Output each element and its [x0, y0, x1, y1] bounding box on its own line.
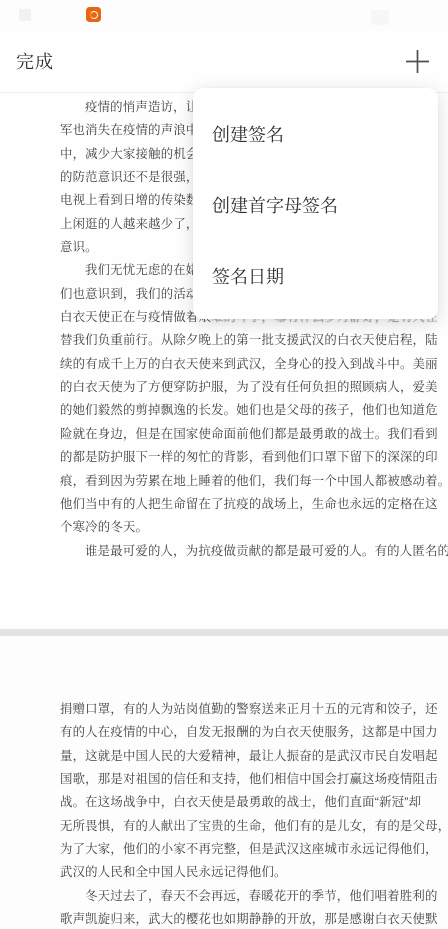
- done-button[interactable]: 完成: [16, 48, 54, 74]
- document-line: 的她们毅然的剪掉飘逸的长发。她们也是父母的孩子，他们也知道危: [60, 399, 438, 422]
- document-line: 个寒冷的冬天。: [60, 516, 438, 539]
- document-line: 有的人在疫情的中心，自发无报酬的为白衣天使服务，这都是中国力: [60, 721, 438, 744]
- document-line: 谁是最可爱的人，为抗疫做贡献的都是最可爱的人。有的人匿名的: [60, 540, 438, 563]
- document-line: 无所畏惧，有的人献出了宝贵的生命，他们有的是儿女，有的是父母，: [60, 815, 438, 838]
- document-line: 的白衣天使为了方便穿防护服，为了没有任何负担的照顾病人，爱美: [60, 376, 438, 399]
- document-line: 战。在这场战争中，白衣天使是最勇敢的战士，他们直面“新冠”却: [60, 791, 438, 814]
- document-line: 武汉的人民和全中国人民永远记得他们。: [60, 861, 438, 884]
- document-line: 痕，看到因为劳累在地上睡着的他们，我们每一个中国人都被感动着。: [60, 470, 438, 493]
- document-line: 捐赠口罩，有的人为站岗值勤的警察送来正月十五的元宵和饺子，还: [60, 698, 438, 721]
- document-line: 冬天过去了，春天不会再远，春暖花开的季节，他们唱着胜利的: [60, 885, 438, 908]
- document-line: 国歌，那是对祖国的信任和支持，他们相信中国会打赢这场疫情阻击: [60, 768, 438, 791]
- battery-icon: [371, 10, 389, 25]
- document-line: 他们当中有的人把生命留在了抗疫的战场上，生命也永远的定格在这: [60, 493, 438, 516]
- document-line: 续的有成千上万的白衣天使来到武汉，全身心的投入到战斗中。美丽: [60, 353, 438, 376]
- document-page-2: 捐赠口罩，有的人为站岗值勤的警察送来正月十五的元宵和饺子，还 有的人在疫情的中心…: [0, 636, 448, 929]
- toolbar: 完成: [0, 30, 448, 92]
- document-line: 为了大家，他们的小家不再完整，但是武汉这座城市永远记得他们，: [60, 838, 438, 861]
- menu-item-create-signature[interactable]: 创建签名: [193, 98, 438, 169]
- document-line: 量，这就是中国人民的大爱精神，最让人振奋的是武汉市民自发唱起: [60, 745, 438, 768]
- menu-item-signature-date[interactable]: 签名日期: [193, 240, 438, 311]
- page-break-divider: [0, 629, 448, 636]
- plus-icon: [404, 48, 431, 75]
- document-line: 的都是防护服下一样的匆忙的背影，看到他们口罩下留下的深深的印: [60, 446, 438, 469]
- menu-item-create-initials-signature[interactable]: 创建首字母签名: [193, 169, 438, 240]
- notification-icon: [19, 9, 31, 21]
- signature-dropdown-menu: 创建签名 创建首字母签名 签名日期: [193, 88, 438, 319]
- app-screen: 完成 疫情的悄声造访，让更 军也消失在疫情的声浪中。 中，减少大家接触的机会， …: [0, 0, 448, 929]
- document-line: 歌声凯旋归来，武大的樱花也如期静静的开放，那是感谢白衣天使默: [60, 908, 438, 929]
- document-line-text: 白衣天使正在与疫情做着艰: [60, 310, 211, 324]
- document-line: 险就在身边，但是在国家使命面前他们都是最勇敢的战士。我们看到: [60, 423, 438, 446]
- document-line: 替我们负重前行。从除夕晚上的第一批支援武汉的白衣天使启程，陆: [60, 329, 438, 352]
- screen-recorder-icon: [86, 7, 101, 22]
- status-bar: [0, 0, 448, 30]
- add-signature-button[interactable]: [402, 46, 432, 76]
